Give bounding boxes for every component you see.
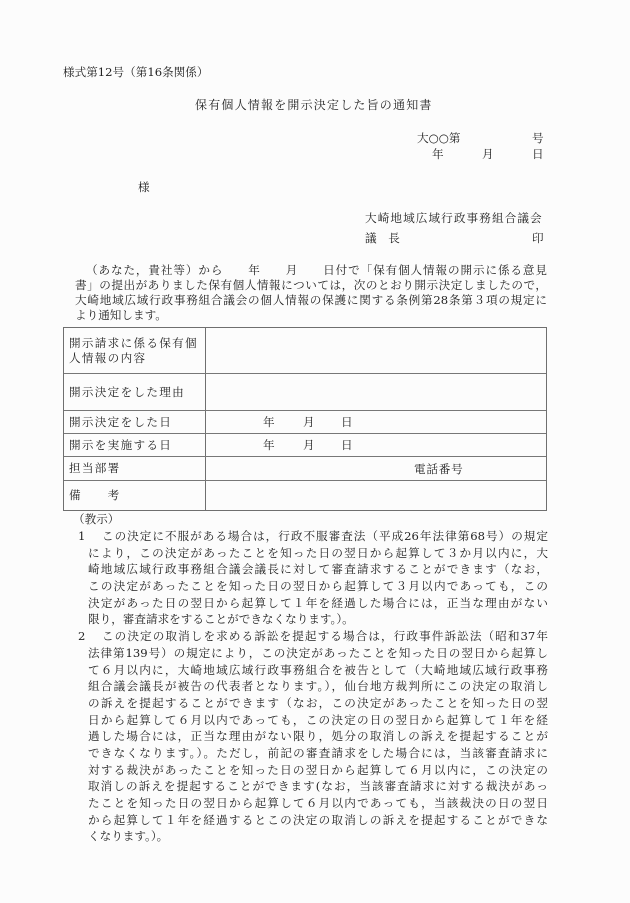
table-row-department: 担当部署 電話番号 bbox=[64, 456, 546, 480]
row-label: 開示決定をした理由 bbox=[64, 374, 206, 410]
notice-item-number: 1 bbox=[78, 528, 85, 545]
intro-line: 大崎地域広域行政事務組合議会の個人情報の保護に関する条例第28条第３項の規定に bbox=[75, 293, 547, 308]
table-row-disclosure-date: 開示を実施する日 年 月 日 bbox=[64, 433, 546, 456]
intro-line: 書」の提出がありました保有個人情報については，次のとおり開示決定しましたので， bbox=[75, 278, 547, 293]
notice-line: 過した場合には，正当な理由がない限り，処分の取消しの訴えを提起することが bbox=[88, 728, 548, 745]
intro-line: （あなた，貴社等）から 年 月 日付で「保有個人情報の開示に係る意見 bbox=[75, 263, 547, 278]
seal-mark: 印 bbox=[532, 231, 544, 245]
table-row-decision-reason: 開示決定をした理由 bbox=[64, 373, 546, 410]
issue-date-year: 年 bbox=[432, 147, 444, 161]
notice-line: 対する裁決があったことを知った日の翌日から起算して６月以内に，この決定の bbox=[88, 762, 548, 779]
notice-line: 決定があった日の翌日から起算して１年を経過した場合には，正当な理由がない bbox=[88, 595, 548, 612]
row-label: 開示決定をした日 bbox=[64, 411, 206, 433]
notice-item-2-first-line: 2 この決定の取消しを求める訴訟を提起する場合は，行政事件訴訟法（昭和37年 bbox=[0, 628, 630, 645]
disclosure-details-table: 開示請求に係る保有個 人情報の内容 開示決定をした理由 開示決定をした日 年 月… bbox=[63, 327, 547, 511]
disclosure-date-day: 日 bbox=[341, 438, 353, 452]
issue-date-month: 月 bbox=[482, 147, 494, 161]
notice-item-number: 2 bbox=[78, 628, 85, 645]
notice-list: 1 この決定に不服がある場合は，行政不服審査法（平成26年法律第68号）の規定 … bbox=[0, 528, 630, 845]
notice-line: 崎地域広域行政事務組合議会議長に対して審査請求することができます（なお， bbox=[88, 561, 548, 578]
table-row-decision-date: 開示決定をした日 年 月 日 bbox=[64, 410, 546, 433]
sender-organization: 大崎地域広域行政事務組合議会 bbox=[365, 211, 543, 225]
notice-item-1-first-line: 1 この決定に不服がある場合は，行政不服審査法（平成26年法律第68号）の規定 bbox=[0, 528, 630, 545]
notice-line: て６月以内に，大崎地域広域行政事務組合を被告として（大崎地域広域行政事務 bbox=[88, 662, 548, 679]
decision-date-month: 月 bbox=[303, 415, 315, 429]
disclosure-date-month: 月 bbox=[303, 438, 315, 452]
row-label-line: 人情報の内容 bbox=[69, 351, 205, 366]
document-title: 保有個人情報を開示決定した旨の通知書 bbox=[195, 98, 433, 112]
decision-date-value: 年 月 日 bbox=[206, 411, 546, 433]
notice-document-page: 様式第12号（第16条関係） 保有個人情報を開示決定した旨の通知書 大○○第 号… bbox=[0, 0, 630, 903]
intro-paragraph: （あなた，貴社等）から 年 月 日付で「保有個人情報の開示に係る意見 書」の提出… bbox=[75, 263, 547, 323]
decision-date-day: 日 bbox=[341, 415, 353, 429]
department-value: 電話番号 bbox=[206, 457, 546, 480]
notice-line: くなります。）。 bbox=[88, 828, 548, 845]
notice-line: この決定があったことを知った日の翌日から起算して３月以内であっても，この bbox=[88, 578, 548, 595]
row-label-line: 開示請求に係る保有個 bbox=[69, 336, 205, 351]
notice-line: できなくなります。）。ただし，前記の審査請求をした場合には，当該審査請求に bbox=[88, 745, 548, 762]
requested-info-value bbox=[206, 328, 546, 373]
issue-date-day: 日 bbox=[532, 147, 544, 161]
notice-line: この決定の取消しを求める訴訟を提起する場合は，行政事件訴訟法（昭和37年 bbox=[102, 628, 548, 645]
decision-date-year: 年 bbox=[263, 415, 275, 429]
notice-line: 取消しの訴えを提起することができます(なお，当該審査請求に対する裁決があっ bbox=[88, 778, 548, 795]
phone-number-label: 電話番号 bbox=[414, 462, 464, 476]
form-number: 様式第12号（第16条関係） bbox=[63, 65, 208, 79]
intro-line: より通知します。 bbox=[75, 308, 547, 323]
notice-line: から起算して１年を経過するとこの決定の取消しの訴えを提起することができな bbox=[88, 812, 548, 829]
row-label: 備 考 bbox=[64, 481, 206, 510]
row-label: 開示を実施する日 bbox=[64, 434, 206, 456]
notice-line: により，この決定があったことを知った日の翌日から起算して３か月以内に，大 bbox=[88, 545, 548, 562]
disclosure-date-year: 年 bbox=[263, 438, 275, 452]
row-label: 開示請求に係る保有個 人情報の内容 bbox=[64, 328, 206, 373]
notice-line: 日から起算して６月以内であっても，この決定の日の翌日から起算して１年を経 bbox=[88, 712, 548, 729]
remarks-value bbox=[206, 481, 546, 510]
disclosure-date-value: 年 月 日 bbox=[206, 434, 546, 456]
notice-line: 法律第139号）の規定により，この決定があったことを知った日の翌日から起算し bbox=[88, 645, 548, 662]
notice-line: たことを知った日の翌日から起算して６月以内であっても，当該裁決の日の翌日 bbox=[88, 795, 548, 812]
table-row-remarks: 備 考 bbox=[64, 480, 546, 510]
notice-line: 限り，審査請求をすることができなくなります。）。 bbox=[88, 611, 548, 628]
decision-reason-value bbox=[206, 374, 546, 410]
table-row-requested-info: 開示請求に係る保有個 人情報の内容 bbox=[64, 328, 546, 373]
notice-heading: （教示） bbox=[73, 512, 119, 526]
reference-number-suffix: 号 bbox=[532, 131, 544, 145]
addressee-honorific: 様 bbox=[138, 180, 150, 194]
reference-number-prefix: 大○○第 bbox=[417, 131, 460, 145]
notice-line: この決定に不服がある場合は，行政不服審査法（平成26年法律第68号）の規定 bbox=[102, 528, 548, 545]
sender-title: 議 長 bbox=[365, 231, 400, 245]
row-label: 担当部署 bbox=[64, 457, 206, 480]
notice-line: 組合議会議長が被告の代表者となります。），仙台地方裁判所にこの決定の取消し bbox=[88, 678, 548, 695]
notice-line: の訴えを提起することができます（なお，この決定があったことを知った日の翌 bbox=[88, 695, 548, 712]
